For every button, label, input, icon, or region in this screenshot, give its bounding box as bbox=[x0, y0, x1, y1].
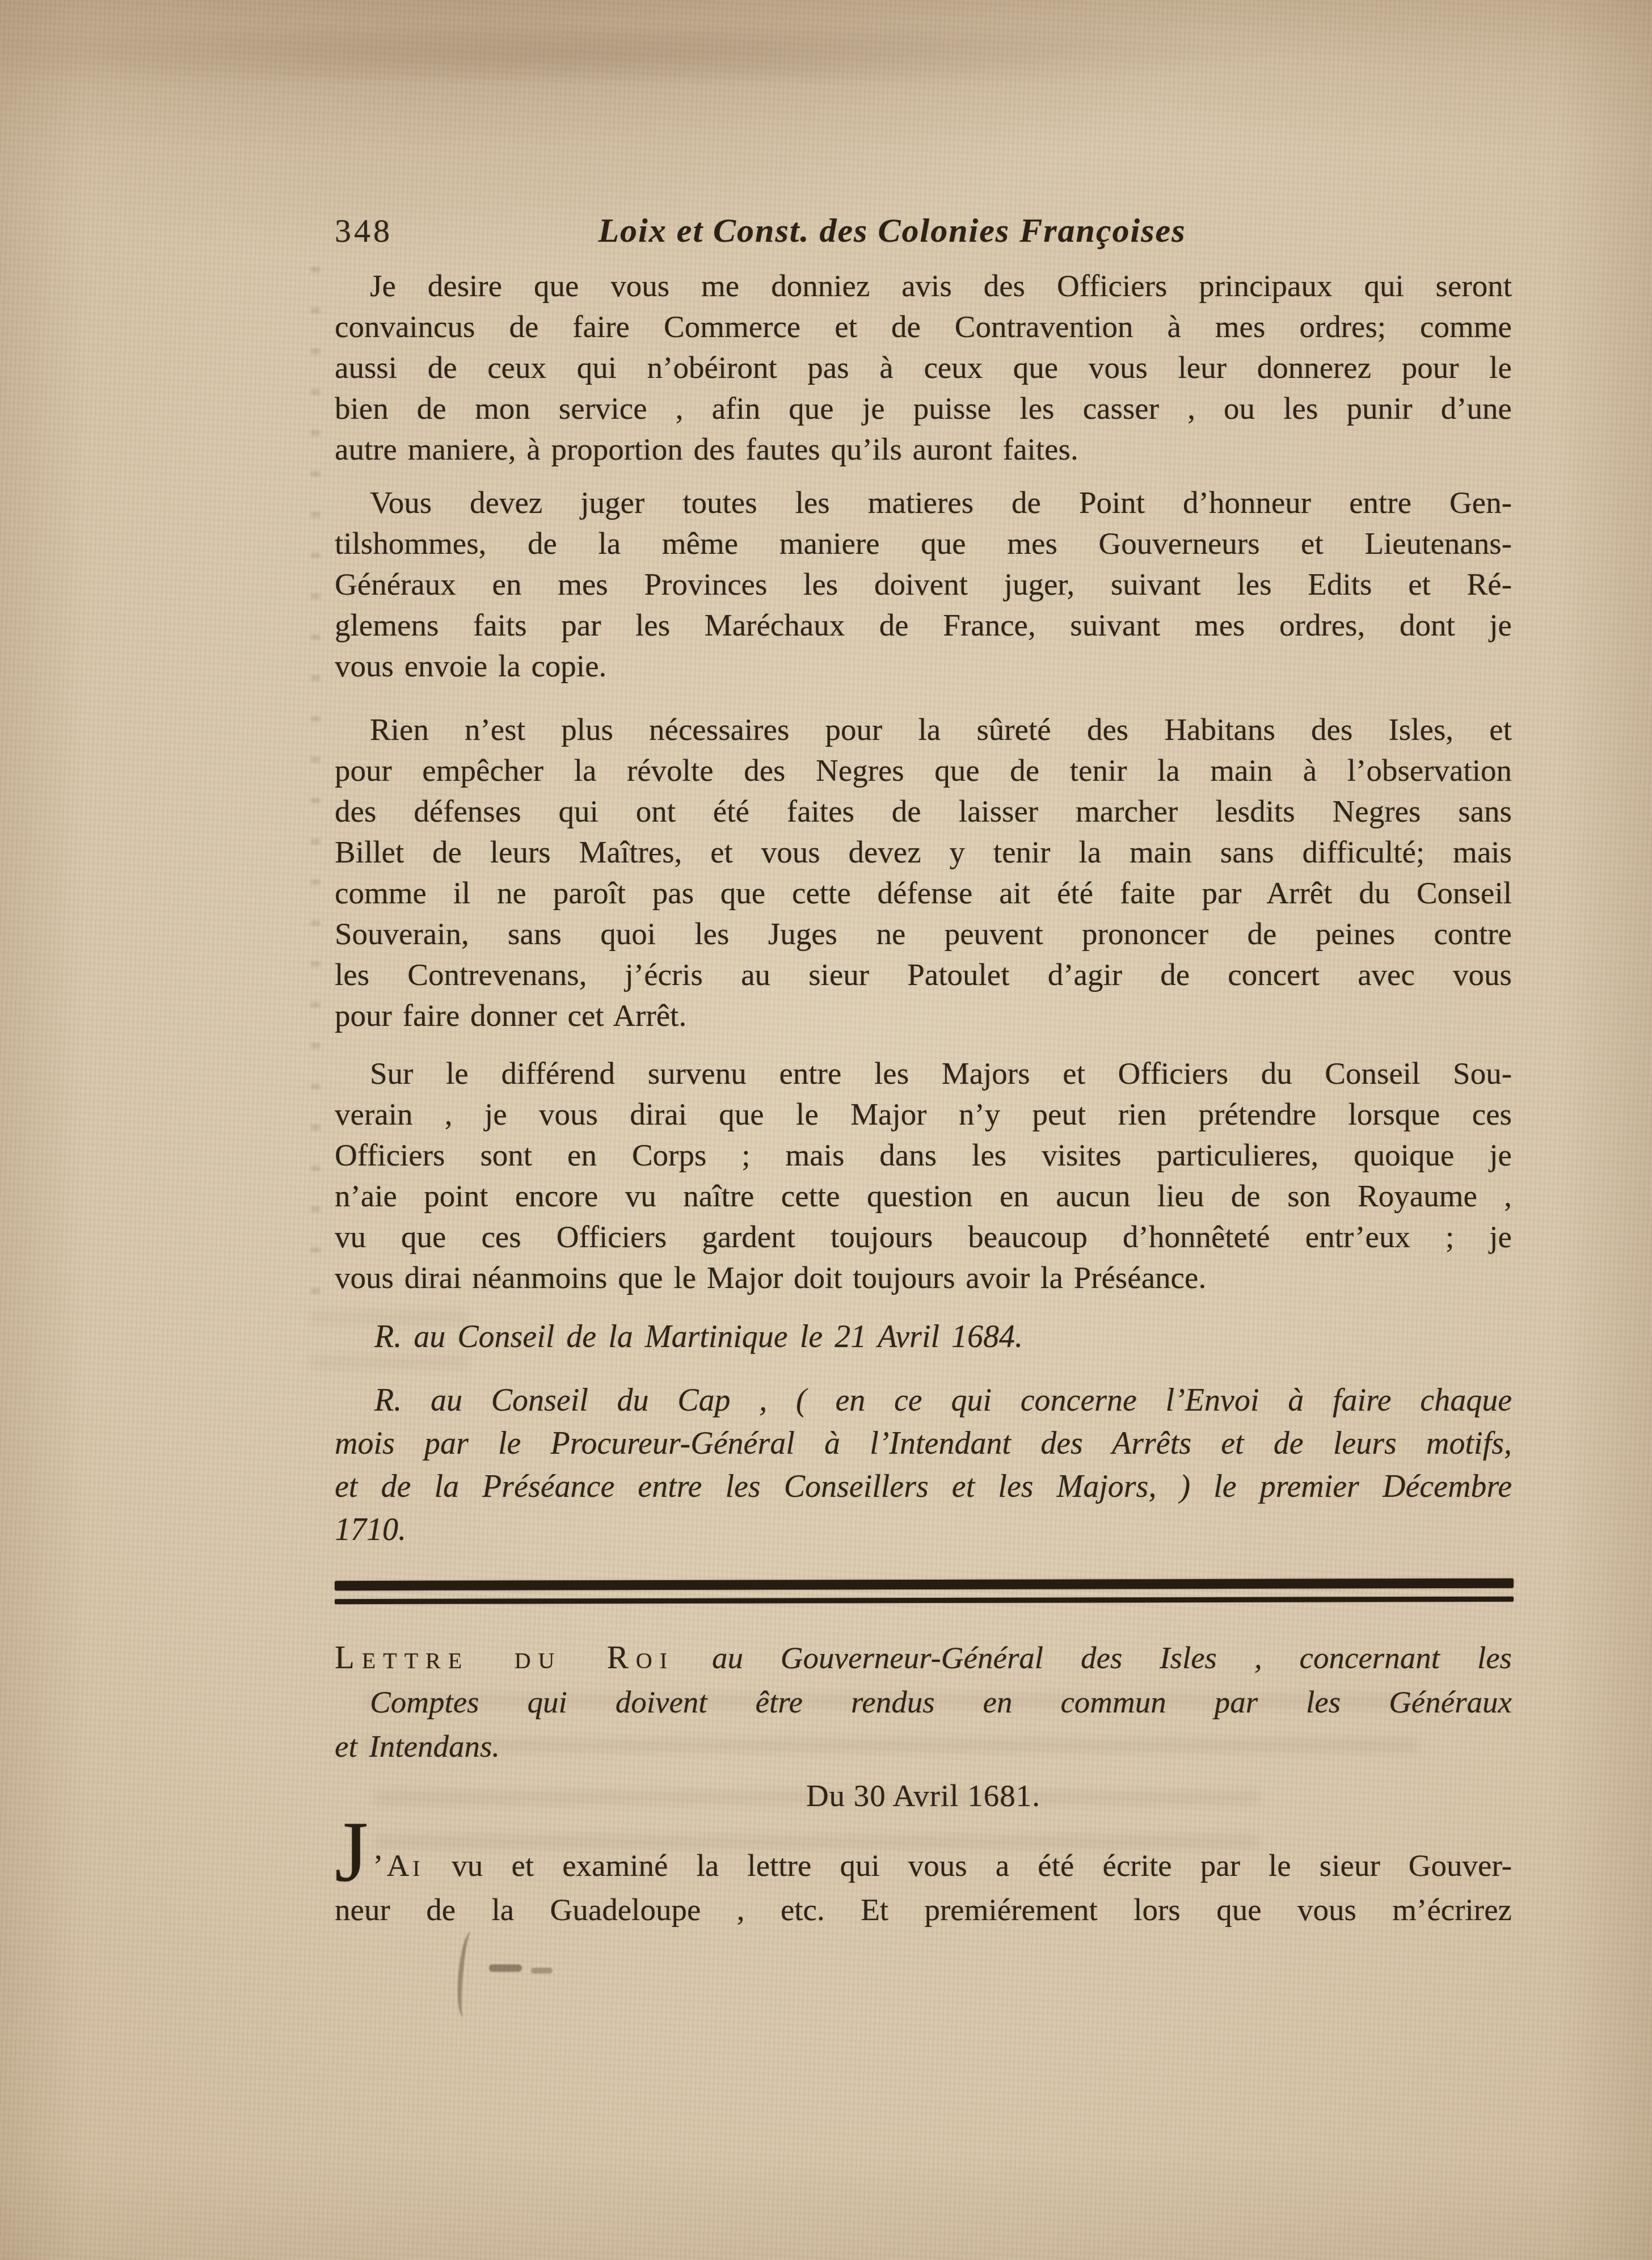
text-line: J’Ai vu et examiné la lettre qui vous a … bbox=[335, 1844, 1512, 1888]
text-line: aussi de ceux qui n’obéiront pas à ceux … bbox=[335, 347, 1512, 388]
paragraph: Sur le différend survenu entre les Major… bbox=[335, 1053, 1512, 1298]
text-line: Billet de leurs Maîtres, et vous devez y… bbox=[335, 832, 1512, 873]
text-line: Vous devez juger toutes les matieres de … bbox=[335, 482, 1512, 523]
paragraph: Je desire que vous me donniez avis des O… bbox=[335, 266, 1512, 470]
page-header: 348 Loix et Const. des Colonies François… bbox=[335, 211, 1512, 249]
heading-line: Comptes qui doivent être rendus en commu… bbox=[335, 1680, 1512, 1724]
paragraph: Vous devez juger toutes les matieres de … bbox=[335, 482, 1512, 687]
dateline-martinique: R. au Conseil de la Martinique le 21 Avr… bbox=[335, 1315, 1512, 1358]
running-title: Loix et Const. des Colonies Françoises bbox=[442, 211, 1342, 250]
ink-smudge bbox=[489, 1964, 522, 1972]
text-line: glemens faits par les Maréchaux de Franc… bbox=[335, 605, 1512, 646]
ink-smudge bbox=[455, 1931, 482, 2018]
date-heading: Du 30 Avril 1681. bbox=[335, 1774, 1512, 1817]
letter-heading: Lettre du Roi au Gouverneur-Général des … bbox=[335, 1636, 1512, 1769]
text-line: mois par le Procureur-Général à l’Intend… bbox=[335, 1422, 1512, 1465]
text-line: et de la Préséance entre les Conseillers… bbox=[335, 1465, 1512, 1508]
rule-thick bbox=[335, 1579, 1514, 1590]
heading-line1-rest: au Gouverneur-Général des Isles , concer… bbox=[675, 1640, 1512, 1675]
text-line: pour faire donner cet Arrêt. bbox=[335, 995, 1512, 1036]
text-line: Officiers sont en Corps ; mais dans les … bbox=[335, 1135, 1512, 1176]
text-line: n’aie point encore vu naître cette quest… bbox=[335, 1176, 1512, 1217]
heading-line: et Intendans. bbox=[335, 1724, 1512, 1769]
section-divider-rule bbox=[335, 1579, 1514, 1604]
margin-specks bbox=[311, 267, 320, 1316]
text-line: pour empêcher la révolte des Negres que … bbox=[335, 750, 1512, 791]
text-line: R. au Conseil du Cap , ( en ce qui conce… bbox=[335, 1379, 1512, 1422]
text-line: comme il ne paroît pas que cette défense… bbox=[335, 873, 1512, 914]
text-line: les Contrevenans, j’écris au sieur Patou… bbox=[335, 954, 1512, 995]
scanned-book-page: { "colors": { "paper": "#d7c5aa", "ink":… bbox=[0, 0, 1652, 2260]
text-line: vous envoie la copie. bbox=[335, 646, 1512, 687]
ink-smudge bbox=[531, 1968, 553, 1973]
text-line: Sur le différend survenu entre les Major… bbox=[335, 1053, 1512, 1094]
opening-line1-rest: vu et examiné la lettre qui vous a été é… bbox=[423, 1848, 1512, 1883]
dateline-cap: R. au Conseil du Cap , ( en ce qui conce… bbox=[335, 1379, 1512, 1551]
text-line: neur de la Guadeloupe , etc. Et premiére… bbox=[335, 1888, 1512, 1932]
text-line: vu que ces Officiers gardent toujours be… bbox=[335, 1217, 1512, 1257]
text-line: des défenses qui ont été faites de laiss… bbox=[335, 791, 1512, 832]
text-line: verain , je vous dirai que le Major n’y … bbox=[335, 1094, 1512, 1135]
text-line: autre maniere, à proportion des fautes q… bbox=[335, 429, 1512, 470]
text-line: Rien n’est plus nécessaires pour la sûre… bbox=[335, 709, 1512, 750]
text-line: tilshommes, de la même maniere que mes G… bbox=[335, 523, 1512, 564]
opening-smallcaps: ’Ai bbox=[373, 1848, 423, 1883]
text-line: 1710. bbox=[335, 1508, 1512, 1551]
letter-opening-paragraph: J’Ai vu et examiné la lettre qui vous a … bbox=[335, 1844, 1512, 1932]
text-line: bien de mon service , afin que je puisse… bbox=[335, 388, 1512, 429]
page-number: 348 bbox=[335, 212, 442, 250]
rule-thin bbox=[335, 1597, 1514, 1604]
text-line: vous dirai néanmoins que le Major doit t… bbox=[335, 1257, 1512, 1298]
text-line: convaincus de faire Commerce et de Contr… bbox=[335, 306, 1512, 347]
heading-line: Lettre du Roi au Gouverneur-Général des … bbox=[335, 1636, 1512, 1680]
text-line: Je desire que vous me donniez avis des O… bbox=[335, 266, 1512, 306]
paragraph: Rien n’est plus nécessaires pour la sûre… bbox=[335, 709, 1512, 1036]
drop-cap-initial: J bbox=[335, 1804, 368, 1900]
letter-previous-body: Je desire que vous me donniez avis des O… bbox=[335, 266, 1512, 1551]
heading-smallcaps: Lettre du Roi bbox=[335, 1640, 675, 1676]
text-line: Généraux en mes Provinces les doivent ju… bbox=[335, 564, 1512, 605]
text-line: Souverain, sans quoi les Juges ne peuven… bbox=[335, 914, 1512, 954]
text-column: 348 Loix et Const. des Colonies François… bbox=[335, 0, 1512, 1932]
